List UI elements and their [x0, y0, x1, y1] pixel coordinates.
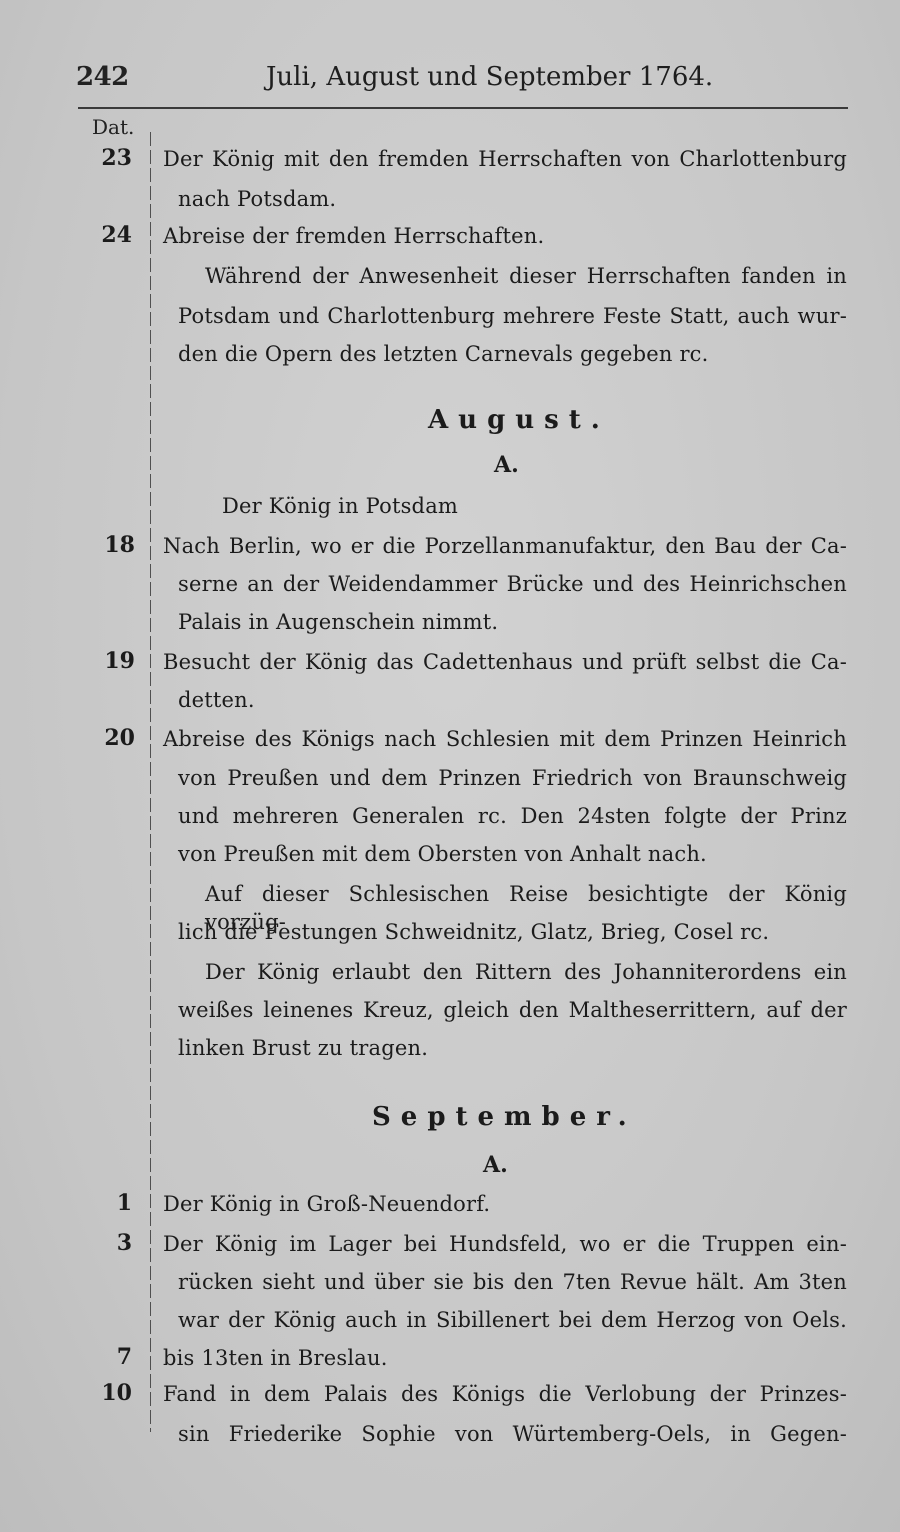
entry-line: rücken sieht und über sie bis den 7ten R…: [178, 1268, 847, 1296]
entry-line: bis 13ten in Breslau.: [163, 1344, 388, 1372]
paragraph-line: Während der Anwesenheit dieser Herrschaf…: [205, 262, 847, 290]
entry-line: von Preußen und dem Prinzen Friedrich vo…: [178, 764, 847, 792]
entry-line: Fand in dem Palais des Königs die Verlob…: [163, 1380, 847, 1408]
august-intro: Der König in Potsdam: [222, 492, 458, 520]
entry-line: Der König im Lager bei Hundsfeld, wo er …: [163, 1230, 847, 1258]
month-heading-september: September.: [372, 1102, 637, 1132]
entry-date: 20: [95, 725, 135, 751]
paragraph-line: Der König erlaubt den Rittern des Johann…: [205, 958, 847, 986]
paragraph-line: weißes leinenes Kreuz, gleich den Malthe…: [178, 996, 847, 1024]
entry-line: war der König auch in Sibillenert bei de…: [178, 1306, 847, 1334]
entry-line: Abreise des Königs nach Schlesien mit de…: [163, 725, 847, 753]
entry-line: sin Friederike Sophie von Würtemberg-Oel…: [178, 1420, 847, 1448]
entry-line: Abreise der fremden Herrschaften.: [163, 222, 544, 250]
section-letter-a: A.: [494, 452, 519, 478]
header-rule: [78, 107, 848, 109]
entry-date: 7: [92, 1344, 132, 1370]
date-column-label: Dat.: [92, 115, 134, 139]
scanned-page: 242 Juli, August und September 1764. Dat…: [0, 0, 900, 1532]
entry-line: serne an der Weidendammer Brücke und des…: [178, 570, 847, 598]
page-header: 242 Juli, August und September 1764.: [76, 60, 856, 100]
page-number: 242: [76, 62, 129, 92]
entry-line: nach Potsdam.: [178, 185, 336, 213]
entry-date: 10: [92, 1380, 132, 1406]
paragraph-line: lich die Festungen Schweidnitz, Glatz, B…: [178, 918, 769, 946]
month-heading-august: August.: [428, 405, 610, 435]
entry-line: von Preußen mit dem Obersten von Anhalt …: [178, 840, 707, 868]
entry-line: detten.: [178, 686, 255, 714]
entry-line: Palais in Augenschein nimmt.: [178, 608, 498, 636]
paragraph-line: linken Brust zu tragen.: [178, 1034, 428, 1062]
entry-date: 18: [95, 532, 135, 558]
entry-date: 23: [92, 145, 132, 171]
entry-date: 3: [92, 1230, 132, 1256]
entry-date: 19: [95, 648, 135, 674]
section-letter-a: A.: [483, 1152, 508, 1178]
entry-line: und mehreren Generalen rc. Den 24sten fo…: [178, 802, 847, 830]
paragraph-line: den die Opern des letzten Carnevals gege…: [178, 340, 709, 368]
entry-date: 24: [92, 222, 132, 248]
entry-line: Der König mit den fremden Herrschaften v…: [163, 145, 847, 173]
entry-line: Nach Berlin, wo er die Porzellanmanufakt…: [163, 532, 847, 560]
date-column-divider: [150, 132, 151, 1432]
entry-line: Besucht der König das Cadettenhaus und p…: [163, 648, 847, 676]
entry-date: 1: [92, 1190, 132, 1216]
paragraph-line: Potsdam und Charlottenburg mehrere Feste…: [178, 302, 847, 330]
entry-line: Der König in Groß-Neuendorf.: [163, 1190, 490, 1218]
running-title: Juli, August und September 1764.: [266, 62, 713, 92]
